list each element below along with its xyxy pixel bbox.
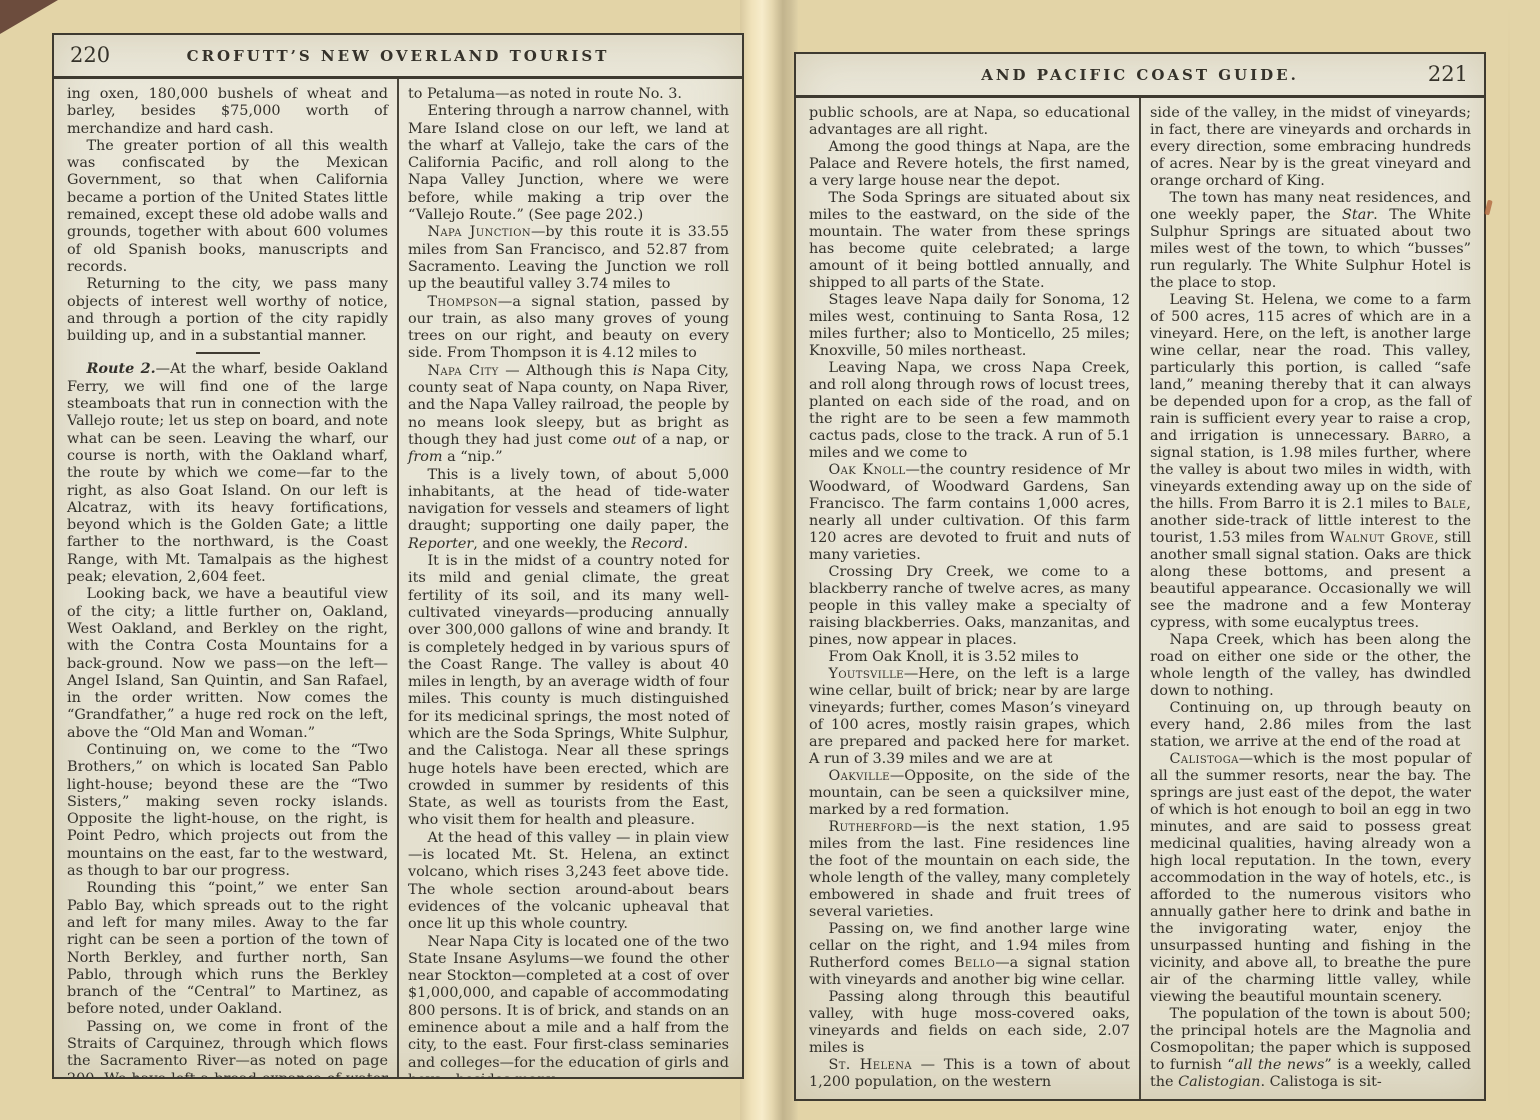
paragraph: Oakville—Opposite, on the side of the mo… [809, 768, 1130, 819]
paragraph: Continuing on, we come to the “Two Broth… [67, 742, 388, 880]
paragraph: Rounding this “point,” we enter San Pabl… [67, 880, 388, 1018]
paragraph: Looking back, we have a beautiful view o… [67, 586, 388, 742]
book-spread: 220 CROFUTT’S NEW OVERLAND TOURIST ing o… [0, 0, 1540, 1120]
paragraph: Calistoga—which is the most popular of a… [1150, 751, 1471, 1006]
paragraph: to Petaluma—as noted in route No. 3. [408, 86, 729, 103]
right-page-body: public schools, are at Napa, so educatio… [796, 98, 1484, 1099]
paragraph: Youtsville—Here, on the left is a large … [809, 666, 1130, 768]
paragraph: Napa City — Although this is Napa City, … [408, 363, 729, 467]
paragraph: The Soda Springs are situated about six … [809, 190, 1130, 292]
paragraph: Among the good things at Napa, are the P… [809, 139, 1130, 190]
paragraph: Napa Creek, which has been along the roa… [1150, 632, 1471, 700]
paragraph: Thompson—a signal station, passed by our… [408, 294, 729, 363]
text-column: public schools, are at Napa, so educatio… [796, 98, 1139, 1099]
paragraph: Leaving St. Helena, we come to a farm of… [1150, 292, 1471, 632]
paragraph: Leaving Napa, we cross Napa Creek, and r… [809, 360, 1130, 462]
paragraph: Stages leave Napa daily for Sonoma, 12 m… [809, 292, 1130, 360]
left-page-header: 220 CROFUTT’S NEW OVERLAND TOURIST [54, 35, 742, 79]
book-cover-corner [0, 0, 58, 34]
running-title: CROFUTT’S NEW OVERLAND TOURIST [54, 47, 742, 65]
paragraph: Near Napa City is located one of the two… [408, 934, 729, 1077]
paragraph: From Oak Knoll, it is 3.52 miles to [809, 649, 1130, 666]
paragraph: It is in the midst of a country noted fo… [408, 553, 729, 830]
left-page: 220 CROFUTT’S NEW OVERLAND TOURIST ing o… [52, 33, 744, 1079]
paragraph: St. Helena — This is a town of about 1,2… [809, 1057, 1130, 1091]
paragraph: The greater portion of all this wealth w… [67, 138, 388, 276]
paragraph: Passing on, we come in front of the Stra… [67, 1019, 388, 1077]
page-edge-line [1508, 0, 1510, 1120]
left-page-body: ing oxen, 180,000 bushels of wheat and b… [54, 79, 742, 1077]
paragraph: This is a lively town, of about 5,000 in… [408, 467, 729, 553]
paragraph: Passing on, we find another large wine c… [809, 921, 1130, 989]
right-page: AND PACIFIC COAST GUIDE. 221 public scho… [794, 52, 1486, 1101]
page-number: 221 [1428, 62, 1468, 86]
paragraph: Route 2.—At the wharf, beside Oakland Fe… [67, 360, 388, 586]
paragraph: Continuing on, up through beauty on ever… [1150, 700, 1471, 751]
paragraph: Returning to the city, we pass many obje… [67, 276, 388, 345]
book-gutter [740, 0, 798, 1120]
paragraph: public schools, are at Napa, so educatio… [809, 105, 1130, 139]
paragraph: Napa Junction—by this route it is 33.55 … [408, 224, 729, 293]
paragraph: ing oxen, 180,000 bushels of wheat and b… [67, 86, 388, 138]
paragraph: side of the valley, in the midst of vine… [1150, 105, 1471, 190]
paragraph: Passing along through this beautiful val… [809, 989, 1130, 1057]
text-column: side of the valley, in the midst of vine… [1141, 98, 1484, 1099]
running-title: AND PACIFIC COAST GUIDE. [796, 66, 1484, 84]
section-divider-rule [196, 352, 260, 354]
paragraph: At the head of this valley — in plain vi… [408, 830, 729, 934]
right-page-header: AND PACIFIC COAST GUIDE. 221 [796, 54, 1484, 98]
text-column: to Petaluma—as noted in route No. 3.Ente… [399, 79, 742, 1077]
paragraph: Oak Knoll—the country residence of Mr Wo… [809, 462, 1130, 564]
paragraph: Entering through a narrow channel, with … [408, 103, 729, 224]
text-column: ing oxen, 180,000 bushels of wheat and b… [54, 79, 397, 1077]
paragraph: The population of the town is about 500;… [1150, 1006, 1471, 1091]
paragraph: The town has many neat residences, and o… [1150, 190, 1471, 292]
paragraph: Rutherford—is the next station, 1.95 mil… [809, 819, 1130, 921]
paragraph: Crossing Dry Creek, we come to a blackbe… [809, 564, 1130, 649]
